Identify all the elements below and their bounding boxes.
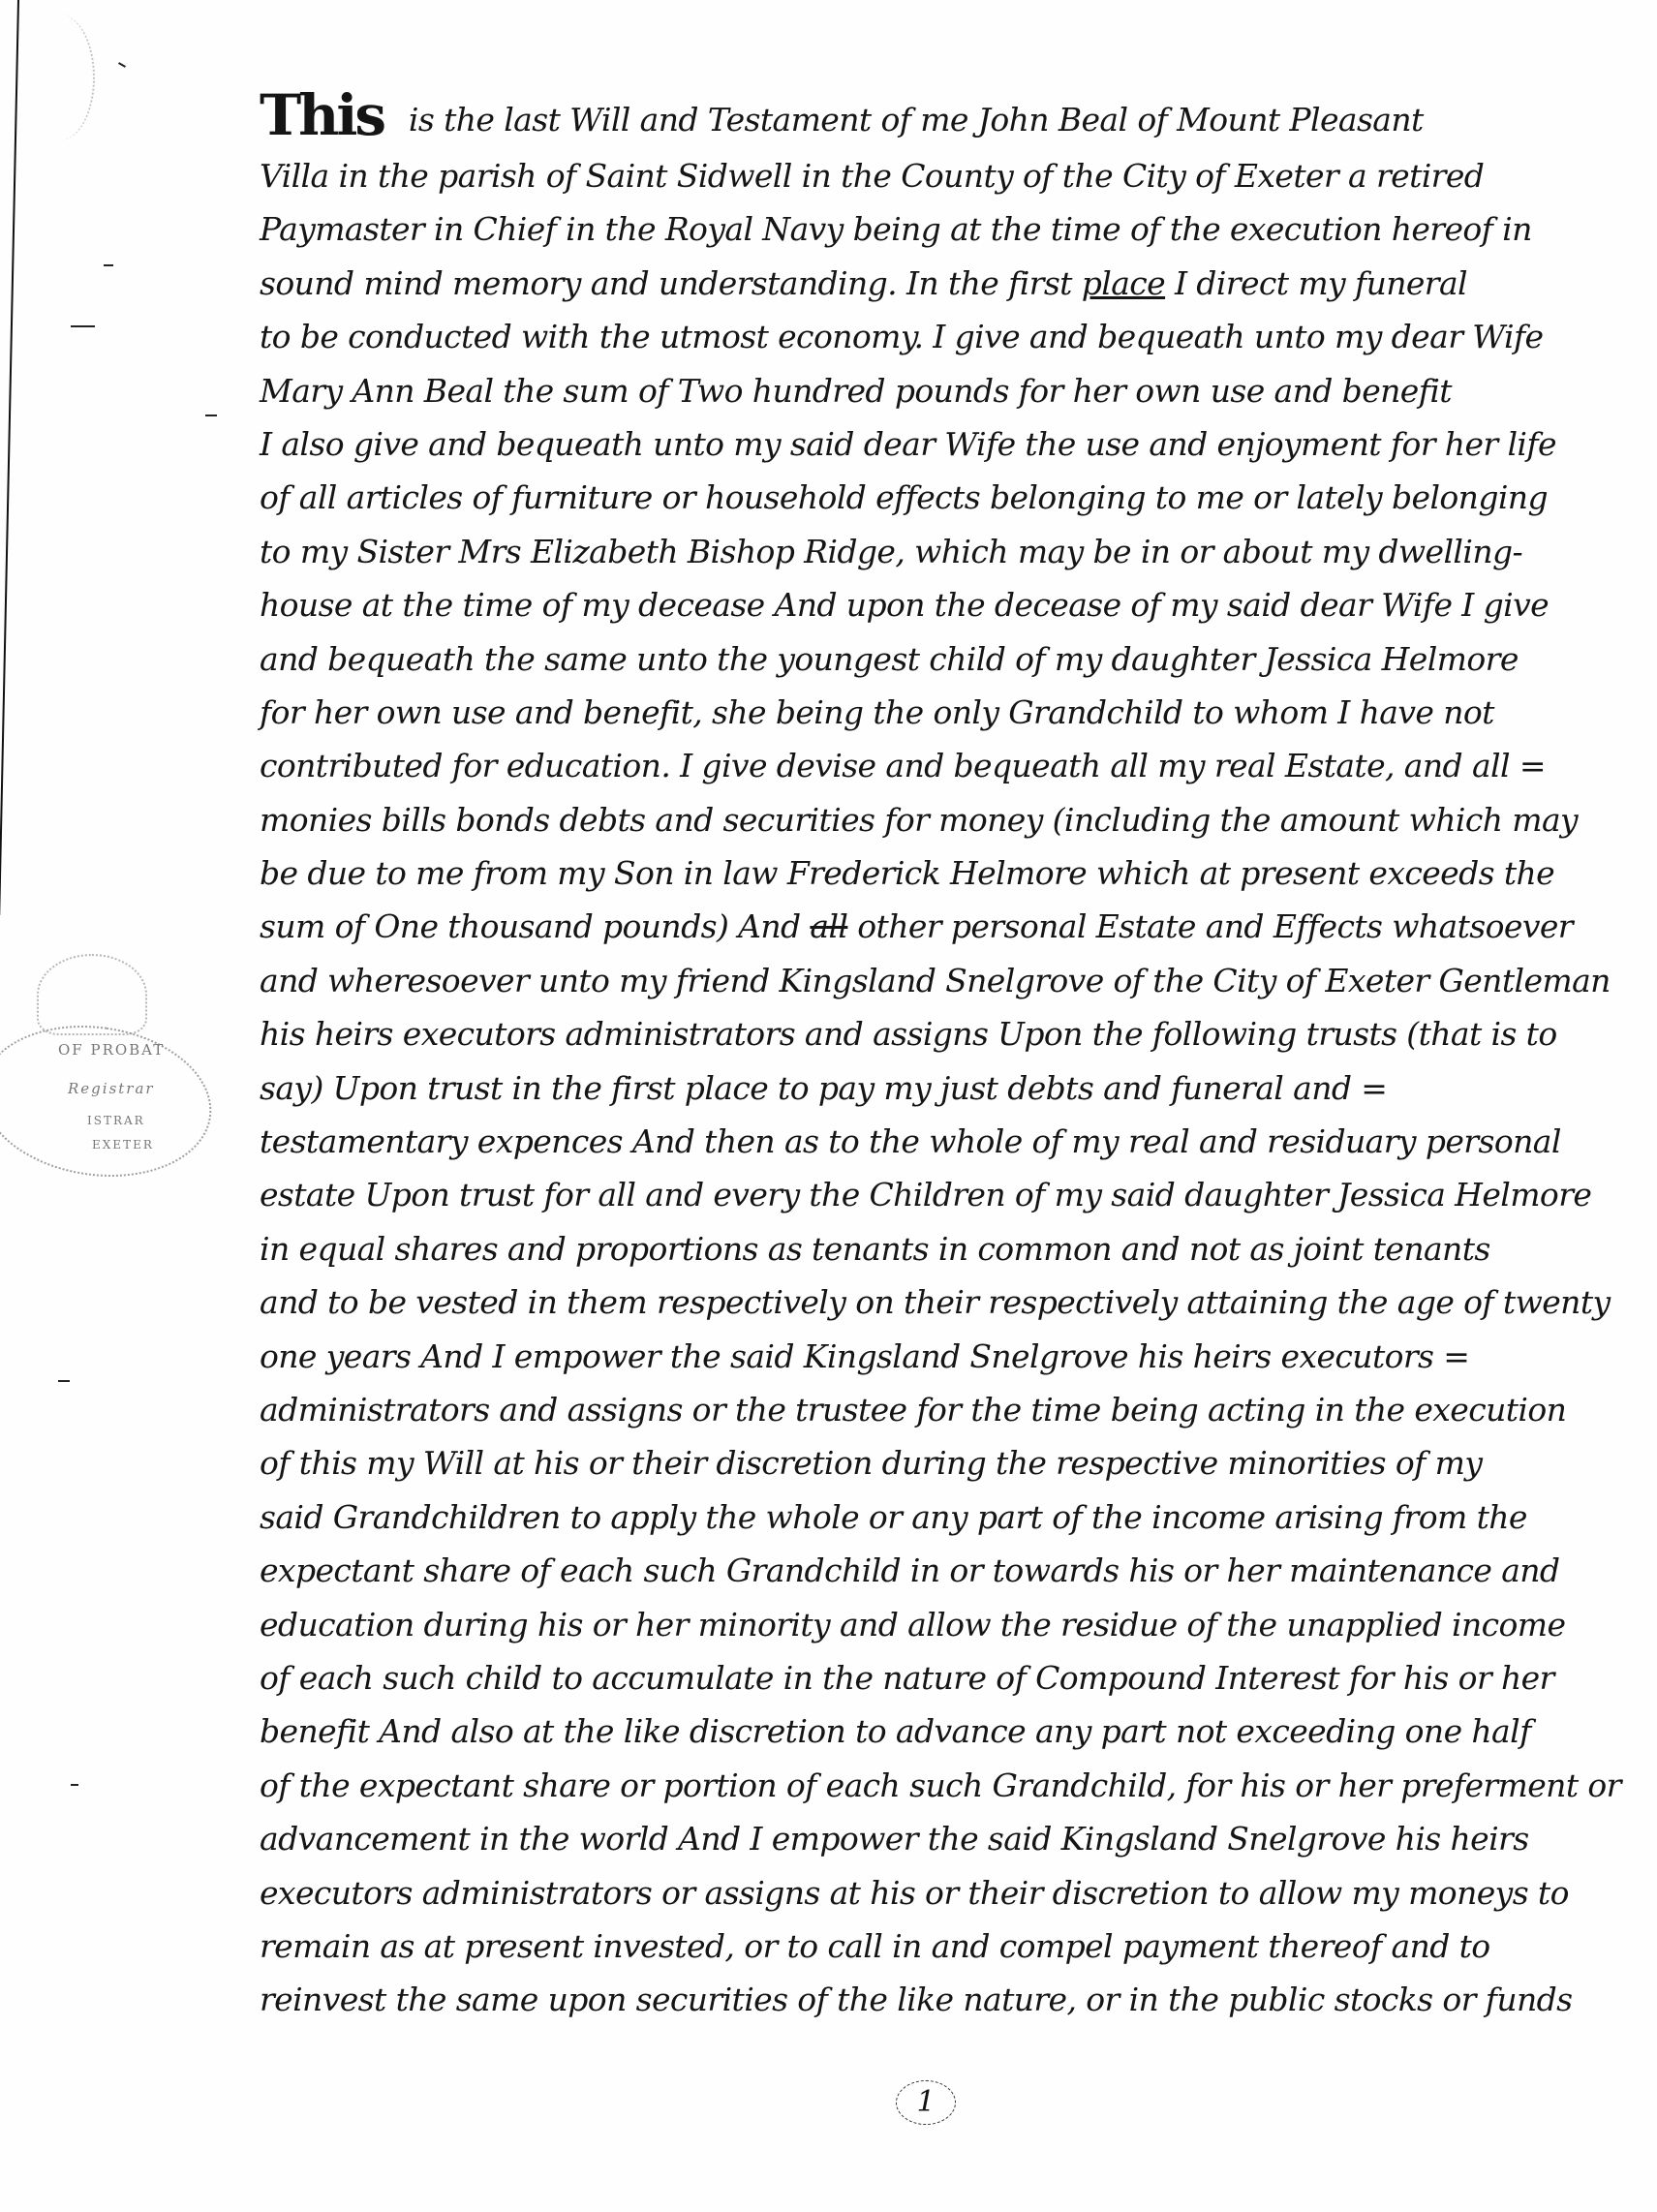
text-line: Mary Ann Beal the sum of Two hundred pou… — [260, 364, 1635, 417]
text-line: said Grandchildren to apply the whole or… — [260, 1490, 1635, 1544]
text-line: one years And I empower the said Kingsla… — [260, 1330, 1635, 1383]
text-line: his heirs executors administrators and a… — [260, 1007, 1635, 1060]
text-line: remain as at present invested, or to cal… — [260, 1920, 1635, 1973]
text-line: of this my Will at his or their discreti… — [260, 1436, 1635, 1490]
corner-stamp-mark — [25, 15, 95, 140]
stamp-lower-text: ISTRAR — [87, 1114, 145, 1127]
stamp-top-text: OF PROBAT — [58, 1041, 165, 1059]
text-line: of the expectant share or portion of eac… — [260, 1759, 1635, 1812]
text-line: administrators and assigns or the truste… — [260, 1383, 1635, 1436]
struck-word: all — [810, 907, 847, 945]
page-number: 1 — [896, 2080, 956, 2125]
text-line: sum of One thousand pounds) And all othe… — [260, 900, 1635, 953]
text-line: estate Upon trust for all and every the … — [260, 1168, 1635, 1221]
margin-mark — [71, 1784, 78, 1786]
underlined-word: place — [1082, 264, 1165, 302]
stamp-crown-icon — [37, 954, 147, 1035]
will-text: This is the last Will and Testament of m… — [260, 81, 1635, 2027]
text-line: to be conducted with the utmost economy.… — [260, 310, 1635, 363]
margin-mark — [205, 415, 217, 416]
text-line: say) Upon trust in the first place to pa… — [260, 1061, 1635, 1115]
margin-mark — [104, 264, 113, 266]
text-line: Villa in the parish of Saint Sidwell in … — [260, 149, 1635, 202]
text-line: executors administrators or assigns at h… — [260, 1866, 1635, 1920]
text-line: of each such child to accumulate in the … — [260, 1651, 1635, 1705]
text-line: to my Sister Mrs Elizabeth Bishop Ridge,… — [260, 525, 1635, 578]
text-line: sound mind memory and understanding. In … — [260, 257, 1635, 310]
margin-mark — [71, 325, 95, 327]
text-line: be due to me from my Son in law Frederic… — [260, 846, 1635, 900]
left-border-line — [0, 0, 19, 915]
text-line: of all articles of furniture or househol… — [260, 471, 1635, 524]
margin-mark — [58, 1380, 70, 1382]
text-line: monies bills bonds debts and securities … — [260, 793, 1635, 846]
text-line: and bequeath the same unto the youngest … — [260, 632, 1635, 686]
stamp-bottom-text: EXETER — [92, 1138, 154, 1152]
text-line: advancement in the world And I empower t… — [260, 1812, 1635, 1865]
text-line: testamentary expences And then as to the… — [260, 1115, 1635, 1168]
dropcap-this: This — [260, 82, 384, 148]
text-line: house at the time of my decease And upon… — [260, 578, 1635, 631]
text-line: in equal shares and proportions as tenan… — [260, 1222, 1635, 1275]
text-line: and wheresoever unto my friend Kingsland… — [260, 954, 1635, 1007]
text-line: education during his or her minority and… — [260, 1598, 1635, 1651]
text-line: contributed for education. I give devise… — [260, 739, 1635, 792]
text-line: and to be vested in them respectively on… — [260, 1275, 1635, 1329]
text-line: benefit And also at the like discretion … — [260, 1705, 1635, 1758]
text-line: This is the last Will and Testament of m… — [260, 81, 1635, 149]
text-line: expectant share of each such Grandchild … — [260, 1544, 1635, 1597]
stamp-middle-text: Registrar — [68, 1080, 155, 1097]
text-line: for her own use and benefit, she being t… — [260, 686, 1635, 739]
text-line: Paymaster in Chief in the Royal Navy bei… — [260, 202, 1635, 256]
text-line: reinvest the same upon securities of the… — [260, 1973, 1635, 2026]
text-line: I also give and bequeath unto my said de… — [260, 417, 1635, 471]
margin-mark — [118, 62, 126, 68]
document-page: OF PROBAT Registrar ISTRAR EXETER This i… — [0, 0, 1657, 2212]
probate-stamp — [0, 1011, 222, 1191]
